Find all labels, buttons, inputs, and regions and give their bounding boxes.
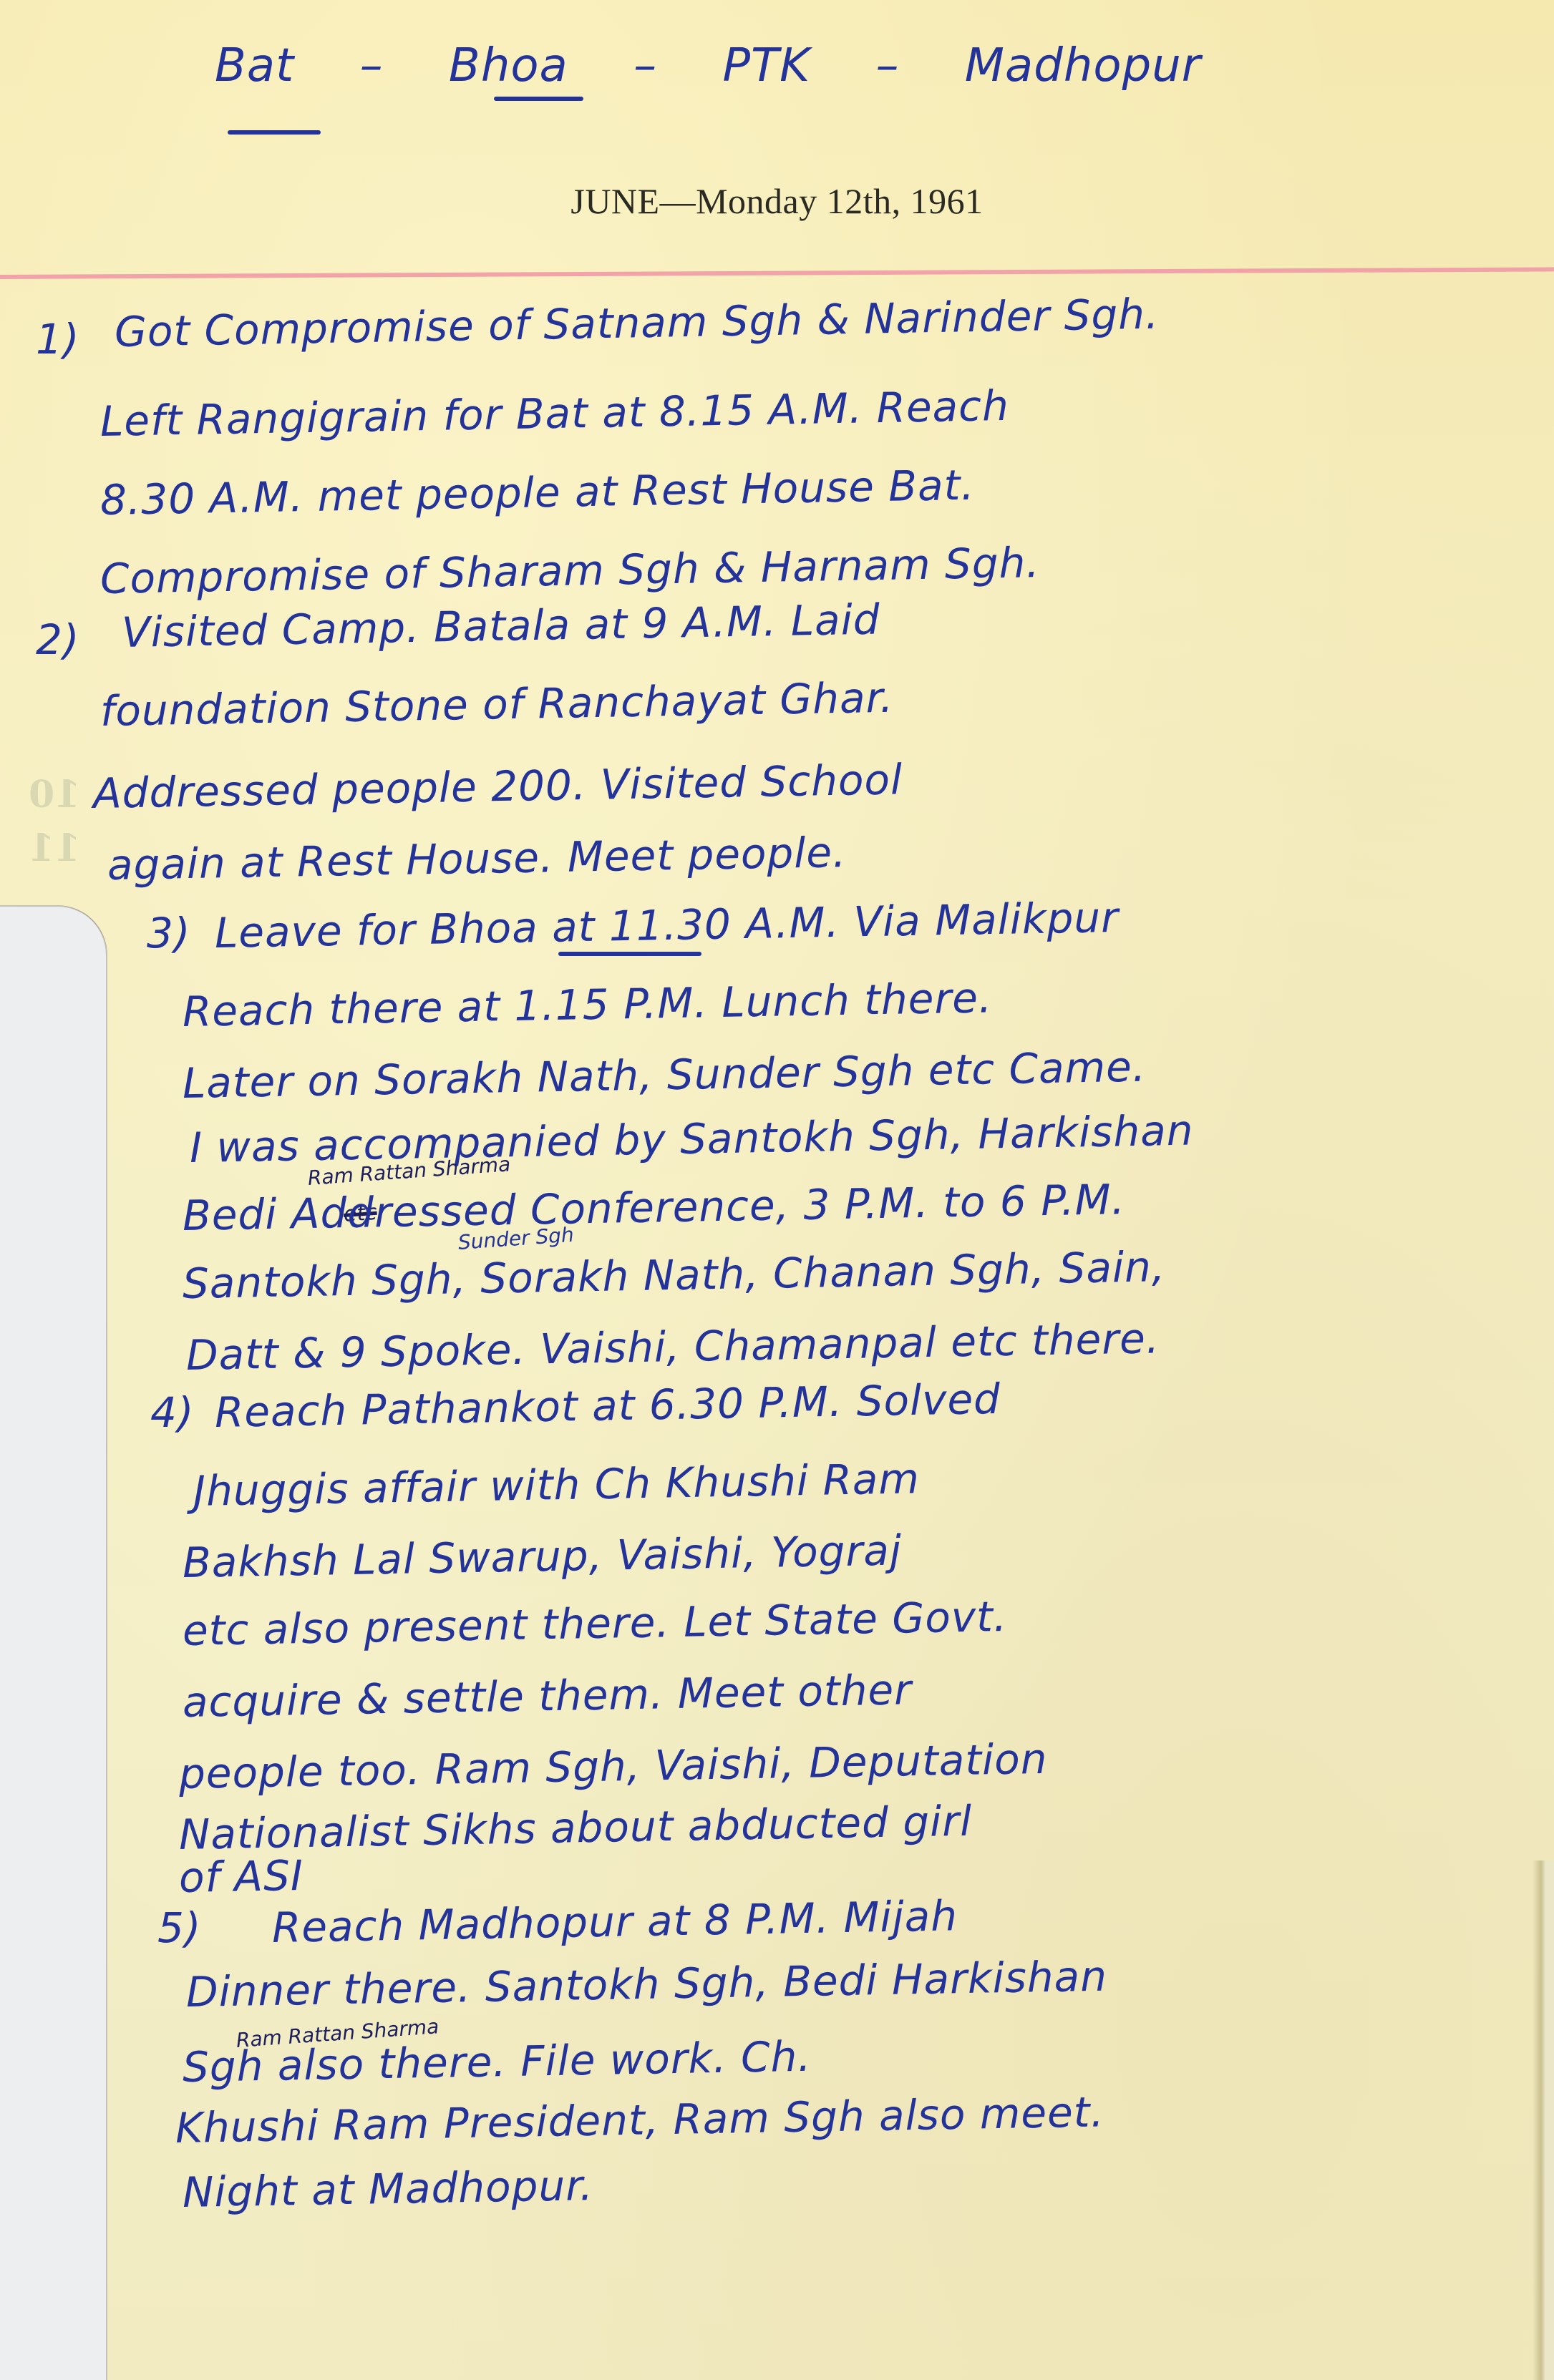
entry-line: Night at Madhopur.	[182, 2161, 593, 2217]
entry-line: Reach Pathankot at 6.30 P.M. Solved	[214, 1375, 1001, 1437]
entry-line: Left Rangigrain for Bat at 8.15 A.M. Rea…	[99, 381, 1009, 446]
page-gutter	[1533, 1860, 1554, 2380]
entry-line: Leave for Bhoa at 11.30 A.M. Via Malikpu…	[214, 893, 1119, 957]
entry-number: 5)	[157, 1903, 202, 1952]
entry-line: of ASI	[178, 1851, 303, 1902]
route-separator: –	[360, 39, 384, 92]
route-stop: Madhopur	[965, 39, 1201, 92]
entry-line: people too. Ram Sgh, Vaishi, Deputation	[178, 1735, 1048, 1798]
entry-line: Visited Camp. Batala at 9 A.M. Laid	[121, 595, 880, 657]
entry-line: Reach there at 1.15 P.M. Lunch there.	[182, 973, 992, 1036]
entry-line: acquire & settle them. Meet other	[182, 1665, 912, 1727]
entry-line: Jhuggis affair with Ch Khushi Ram	[193, 1454, 920, 1516]
entry-line: foundation Stone of Ranchayat Ghar.	[99, 673, 894, 736]
entry-line: 8.30 A.M. met people at Rest House Bat.	[99, 461, 975, 525]
entry-line: Reach Madhopur at 8 P.M. Mijah	[271, 1891, 958, 1952]
entry-line: Compromise of Sharam Sgh & Harnam Sgh.	[99, 538, 1040, 603]
bleed-through-number: 11	[29, 830, 80, 867]
underline-mark	[228, 130, 321, 135]
pink-rule-line	[0, 267, 1554, 279]
entry-line: Got Compromise of Satnam Sgh & Narinder …	[114, 290, 1160, 356]
entry-line: Bakhsh Lal Swarup, Vaishi, Yograj	[182, 1526, 902, 1587]
route-stop: PTK	[722, 39, 810, 92]
bleed-through-number: 10	[29, 776, 80, 814]
entry-line: Addressed people 200. Visited School	[92, 755, 903, 818]
entry-line: I was accompanied by Santokh Sgh, Harkis…	[189, 1106, 1194, 1172]
backing-sheet	[0, 905, 107, 2380]
entry-line: again at Rest House. Meet people.	[107, 828, 847, 889]
entry-line: Datt & 9 Spoke. Vaishi, Chamanpal etc th…	[185, 1314, 1160, 1380]
route-separator: –	[633, 39, 657, 92]
route-stop: Bhoa	[449, 39, 568, 92]
route-separator: –	[875, 39, 899, 92]
entry-number: 2)	[36, 615, 80, 664]
entry-line: Santokh Sgh, Sorakh Nath, Chanan Sgh, Sa…	[182, 1242, 1165, 1308]
entry-number: 3)	[147, 909, 191, 957]
entry-line: Sgh also there. File work. Ch.	[182, 2032, 812, 2092]
entry-line: Dinner there. Santokh Sgh, Bedi Harkisha…	[185, 1952, 1107, 2016]
entry-number: 1)	[36, 315, 80, 364]
diary-page: 10 11 Bat – Bhoa – PTK – Madhopur JUNE—M…	[0, 0, 1554, 2380]
route-stop: Bat	[215, 39, 294, 92]
entry-line: Khushi Ram President, Ram Sgh also meet.	[175, 2087, 1104, 2152]
printed-date: JUNE—Monday 12th, 1961	[0, 180, 1554, 222]
entry-line: Later on Sorakh Nath, Sunder Sgh etc Cam…	[182, 1043, 1146, 1108]
entry-number: 4)	[150, 1388, 195, 1437]
route-heading: Bat – Bhoa – PTK – Madhopur	[215, 39, 1201, 92]
underline-mark	[494, 97, 583, 101]
underline-mark	[558, 952, 701, 956]
entry-line: etc also present there. Let State Govt.	[182, 1592, 1007, 1655]
entry-line: Nationalist Sikhs about abducted girl	[178, 1797, 972, 1859]
